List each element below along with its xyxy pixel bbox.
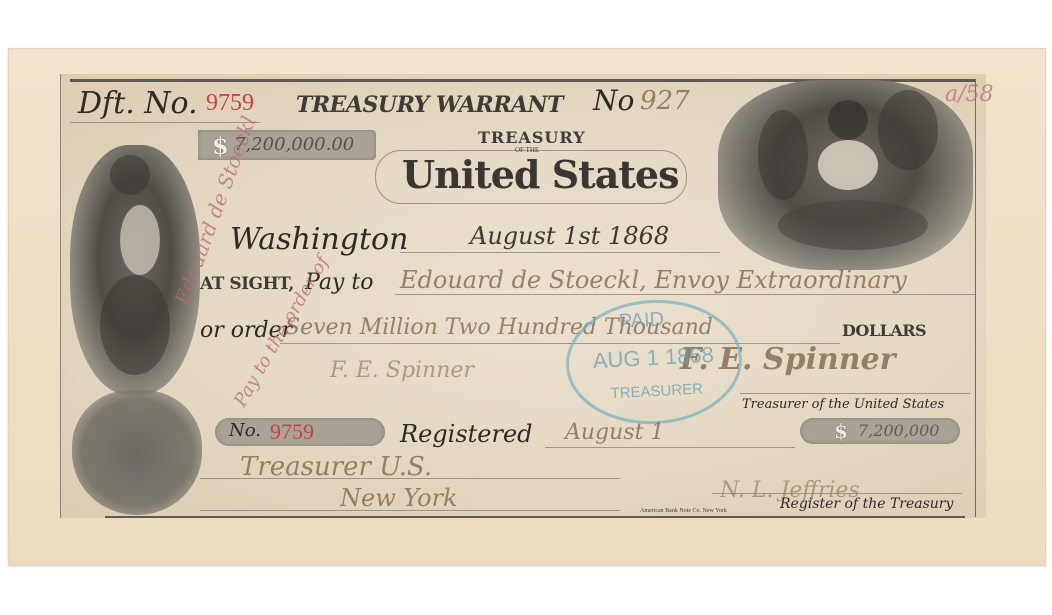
warrant-no-value: 927 <box>640 86 690 116</box>
registered-label: Registered <box>400 420 533 448</box>
united-states-label: United States <box>402 152 678 197</box>
allegorical-vignette-icon <box>718 80 973 270</box>
imprint: American Bank Note Co. New York <box>640 508 727 514</box>
payable-at: New York <box>340 484 458 512</box>
stamp-bottom-text: TREASURER <box>610 380 703 402</box>
dft-number: 9759 <box>206 90 254 117</box>
dft-label: Dft. No. <box>78 86 198 121</box>
register-no-value: 9759 <box>270 419 314 445</box>
warrant-title: TREASURY WARRANT <box>296 92 563 118</box>
stamp-date-text: AUG 1 1868 <box>592 342 714 374</box>
shield-crest-icon <box>72 390 202 515</box>
at-sight-label: AT SIGHT, <box>200 274 294 294</box>
payable-to-line <box>200 478 620 479</box>
date-line <box>400 252 720 253</box>
registered-line <box>545 447 795 448</box>
register-amount-value: 7,200,000 <box>858 421 939 440</box>
dollars-label: DOLLARS <box>842 321 926 340</box>
corner-annotation: a/58 <box>945 82 994 107</box>
stamp-top-text: PAID <box>618 308 664 333</box>
payee-line <box>395 294 975 295</box>
register-amount-box: $ 7,200,000 <box>800 418 960 444</box>
date-value: August 1st 1868 <box>470 222 669 250</box>
place-label: Washington <box>230 222 408 257</box>
treasury-label: TREASURY <box>478 128 586 147</box>
register-dollar-icon: $ <box>834 419 848 443</box>
treasurer-line <box>740 393 970 394</box>
border-rule-right <box>975 79 976 517</box>
treasurer-label: Treasurer of the United States <box>742 397 944 412</box>
dft-underline <box>70 122 260 123</box>
register-line <box>712 493 962 494</box>
payable-at-line <box>200 510 620 511</box>
warrant-no-label: No <box>593 84 634 117</box>
endorsement-signature: F. E. Spinner <box>330 358 474 383</box>
registered-date: August 1 <box>565 420 664 445</box>
border-rule-bottom <box>105 516 965 518</box>
payee-name: Edouard de Stoeckl, Envoy Extraordinary <box>400 266 907 294</box>
register-label: Register of the Treasury <box>780 496 953 512</box>
register-no-label: No. <box>229 420 261 441</box>
register-number-box: No. 9759 <box>215 418 385 446</box>
